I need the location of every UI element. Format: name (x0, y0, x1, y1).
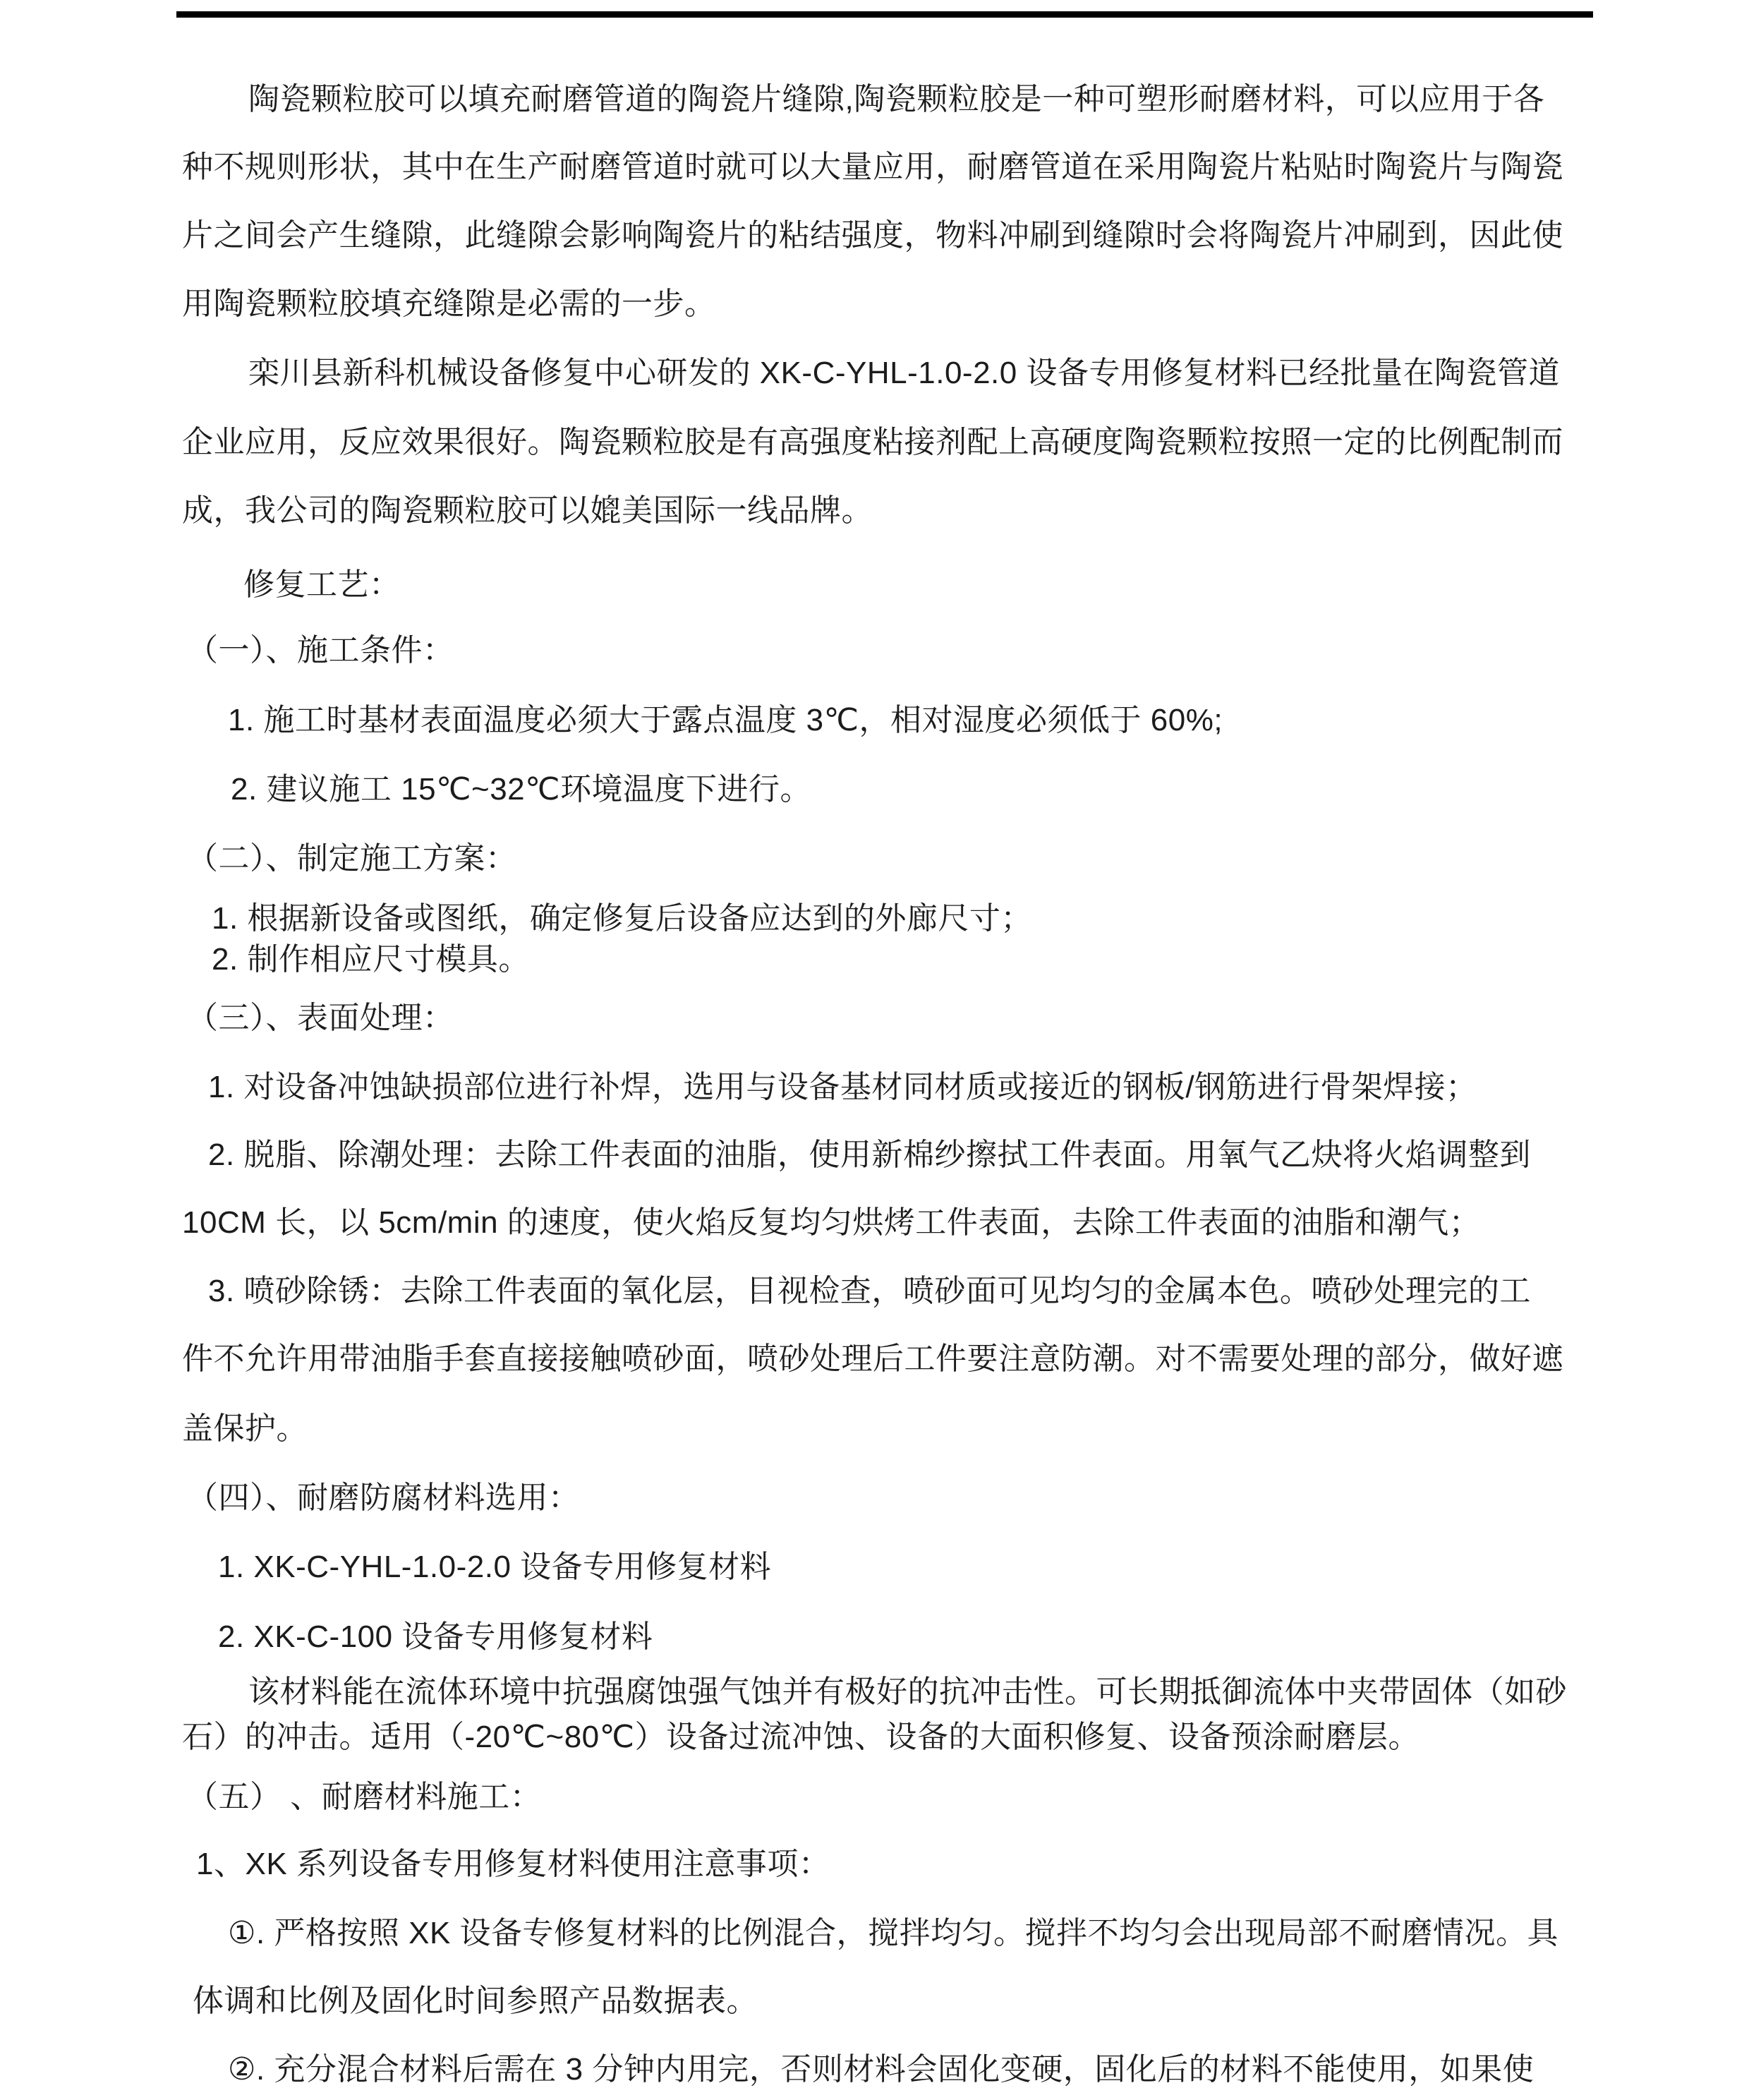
section-3-item-3-line-2: 件不允许用带油脂手套直接接触喷砂面，喷砂处理后工件要注意防潮。对不需要处理的部分… (182, 1339, 1563, 1380)
section-1-item-1: 1. 施工时基材表面温度必须大于露点温度 3℃，相对湿度必须低于 60%; (228, 700, 1223, 741)
section-3-item-2-line-1: 2. 脱脂、除潮处理：去除工件表面的油脂，使用新棉纱擦拭工件表面。用氧气乙炔将火… (208, 1135, 1531, 1176)
section-3-item-1: 1. 对设备冲蚀缺损部位进行补焊，选用与设备基材同材质或接近的钢板/钢筋进行骨架… (208, 1067, 1477, 1108)
company-line-1: 栾川县新科机械设备修复中心研发的 XK-C-YHL-1.0-2.0 设备专用修复… (248, 353, 1560, 394)
section-5-note-1-line-2: 体调和比例及固化时间参照产品数据表。 (193, 1981, 758, 2022)
section-5-item-1: 1、XK 系列设备专用修复材料使用注意事项： (196, 1844, 830, 1885)
section-2-item-1: 1. 根据新设备或图纸，确定修复后设备应达到的外廊尺寸； (212, 898, 1032, 939)
section-2-item-2: 2. 制作相应尺寸模具。 (212, 939, 530, 980)
section-4-item-2: 2. XK-C-100 设备专用修复材料 (218, 1617, 653, 1658)
page-top-rule (176, 11, 1593, 18)
section-4-heading: （四）、耐磨防腐材料选用： (187, 1478, 580, 1519)
section-2-heading: （二）、制定施工方案： (187, 838, 517, 879)
company-line-3: 成，我公司的陶瓷颗粒胶可以媲美国际一线品牌。 (182, 490, 873, 531)
section-4-para-line-2: 石）的冲击。适用（-20℃~80℃）设备过流冲蚀、设备的大面积修复、设备预涂耐磨… (182, 1717, 1420, 1758)
section-4-item-1: 1. XK-C-YHL-1.0-2.0 设备专用修复材料 (218, 1547, 771, 1588)
section-5-heading: （五） 、耐磨材料施工： (187, 1777, 541, 1818)
intro-line-4: 用陶瓷颗粒胶填充缝隙是必需的一步。 (182, 284, 716, 325)
intro-line-2: 种不规则形状，其中在生产耐磨管道时就可以大量应用，耐磨管道在采用陶瓷片粘贴时陶瓷… (182, 147, 1563, 188)
section-1-heading: （一）、施工条件： (187, 630, 454, 671)
intro-line-1: 陶瓷颗粒胶可以填充耐磨管道的陶瓷片缝隙,陶瓷颗粒胶是一种可塑形耐磨材料，可以应用… (248, 79, 1544, 120)
section-3-heading: （三）、表面处理： (187, 998, 454, 1039)
section-3-item-3-line-1: 3. 喷砂除锈：去除工件表面的氧化层，目视检查，喷砂面可见均匀的金属本色。喷砂处… (208, 1271, 1531, 1312)
section-1-item-2: 2. 建议施工 15℃~32℃环境温度下进行。 (231, 769, 811, 810)
intro-line-3: 片之间会产生缝隙，此缝隙会影响陶瓷片的粘结强度，物料冲刷到缝隙时会将陶瓷片冲刷到… (182, 215, 1563, 256)
document-page: 陶瓷颗粒胶可以填充耐磨管道的陶瓷片缝隙,陶瓷颗粒胶是一种可塑形耐磨材料，可以应用… (0, 0, 1749, 2100)
section-4-para-line-1: 该材料能在流体环境中抗强腐蚀强气蚀并有极好的抗冲击性。可长期抵御流体中夹带固体（… (248, 1672, 1567, 1713)
section-5-note-2-line-1: ②. 充分混合材料后需在 3 分钟内用完，否则材料会固化变硬，固化后的材料不能使… (228, 2049, 1534, 2090)
section-3-item-3-line-3: 盖保护。 (182, 1408, 308, 1449)
company-line-2: 企业应用，反应效果很好。陶瓷颗粒胶是有高强度粘接剂配上高硬度陶瓷颗粒按照一定的比… (182, 422, 1563, 463)
process-title: 修复工艺： (243, 565, 401, 605)
section-5-note-1-line-1: ①. 严格按照 XK 设备专修复材料的比例混合，搅拌均匀。搅拌不均匀会出现局部不… (228, 1913, 1559, 1954)
section-3-item-2-line-2: 10CM 长，以 5cm/min 的速度，使火焰反复均匀烘烤工件表面，去除工件表… (182, 1202, 1480, 1243)
